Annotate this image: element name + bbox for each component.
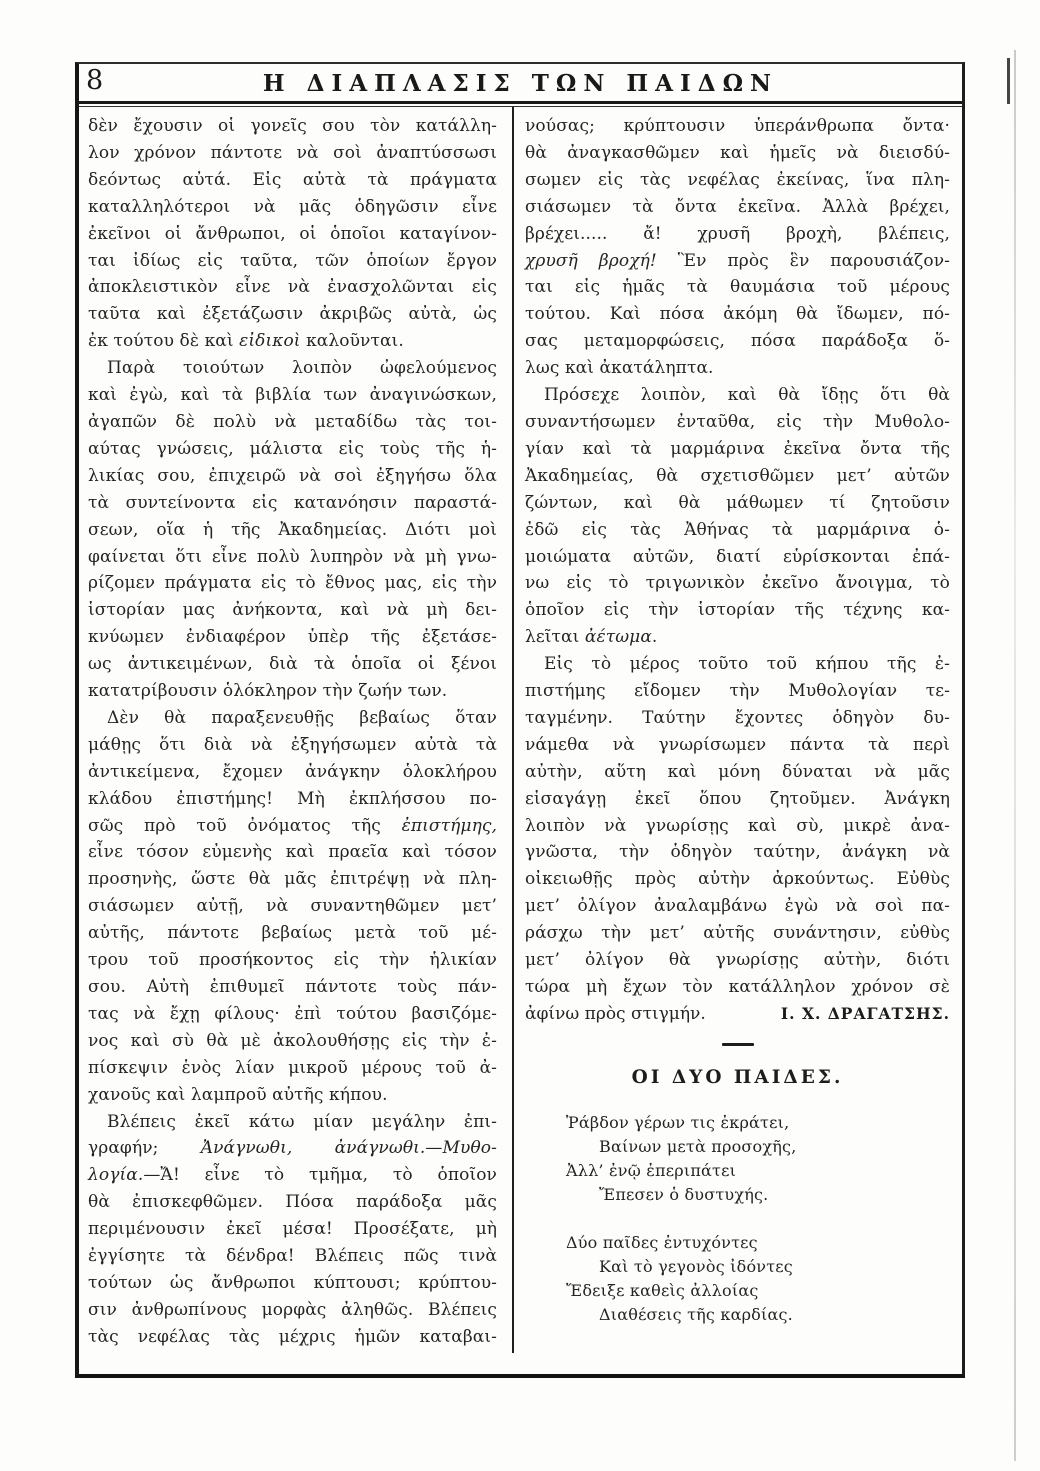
text-line: σιν ἀνθρωπίνους μορφὰς ἀληθῶς. Βλέπεις: [88, 1297, 497, 1324]
text-line: ἐγγίσητε τὰ δένδρα! Βλέπεις πῶς τινὰ: [88, 1243, 497, 1270]
closing-line: ἀφίνω πρὸς στιγμήν. Ι. Χ. ΔΡΑΓΑΤΣΗΣ.: [525, 1001, 950, 1028]
scan-edge-artifact: [1007, 58, 1010, 104]
text-line: ζώντων, καὶ θὰ μάθωμεν τί ζητοῦσιν: [525, 490, 950, 517]
text-line: λικίας σου, ἐπιχειρῶ νὰ σοὶ ἐξηγήσω ὅλα: [88, 463, 497, 490]
page-frame: 8 Η ΔΙΑΠΛΑΣΙΣ ΤΩΝ ΠΑΙΔΩΝ δὲν ἔχουσιν οἱ …: [75, 62, 965, 1378]
text-line: φαίνεται ὅτι εἶνε πολὺ λυπηρὸν νὰ μὴ γνω…: [88, 544, 497, 571]
text-line: ἐδῶ εἰς τὰς Ἀθήνας τὰ μαρμάρινα ὁ-: [525, 517, 950, 544]
text-line: λως καὶ ἀκατάληπτα.: [525, 355, 950, 382]
text-line: λον χρόνον πάντοτε νὰ σοὶ ἀναπτύσσωσι: [88, 140, 497, 167]
text-line: ἀποκλειστικὸν εἶνε νὰ ἐνασχολῶνται εἰς: [88, 274, 497, 301]
text-line: λοιπὸν νὰ γνωρίσῃς καὶ σὺ, μικρὲ ἀνα-: [525, 813, 950, 840]
poem-title: ΟΙ ΔΥΟ ΠΑΙΔΕΣ.: [525, 1067, 950, 1088]
text-line: νος καὶ σὺ θὰ μὲ ἀκολουθήσῃς εἰς τὴν ἐ-: [88, 1028, 497, 1055]
poem-stanza: Δύο παῖδες ἐντυχόντεςΚαὶ τὸ γεγονὸς ἰδόν…: [525, 1231, 950, 1328]
text-line: σεων, οἵα ἡ τῆς Ἀκαδημείας. Διότι μοὶ: [88, 517, 497, 544]
text-line: αύτας γνώσεις, μάλιστα εἰς τοὺς τῆς ἡ-: [88, 436, 497, 463]
text-line: νούσας; κρύπτουσιν ὑπεράνθρωπα ὄντα·: [525, 113, 950, 140]
text-line: δεόντως αὐτά. Εἰς αὐτὰ τὰ πράγματα: [88, 167, 497, 194]
right-column: νούσας; κρύπτουσιν ὑπεράνθρωπα ὄντα·θὰ ἀ…: [512, 113, 960, 1327]
text-line: δὲν ἔχουσιν οἱ γονεῖς σου τὸν κατάλλη-: [88, 113, 497, 140]
text-line: καταλληλότεροι νὰ μᾶς ὁδηγῶσιν εἶνε: [88, 194, 497, 221]
text-line: σας μεταμορφώσεις, πόσα παράδοξα ὅ-: [525, 328, 950, 355]
poem-stanzas: Ῥάβδον γέρων τις ἐκράτει,Βαίνων μετὰ προ…: [525, 1111, 950, 1328]
closing-text: ἀφίνω πρὸς στιγμήν.: [525, 1001, 706, 1028]
article-signature: Ι. Χ. ΔΡΑΓΑΤΣΗΣ.: [781, 1001, 950, 1028]
text-columns: δὲν ἔχουσιν οἱ γονεῖς σου τὸν κατάλλη-λο…: [79, 107, 962, 1351]
text-line: λογία.—Ἄ! εἶνε τὸ τμῆμα, τὸ ὁποῖον: [88, 1162, 497, 1189]
text-line: Εἰς τὸ μέρος τοῦτο τοῦ κήπου τῆς ἐ-: [525, 651, 950, 678]
text-line: σιάσωμεν αὐτῇ, νὰ συναντηθῶμεν μετ’: [88, 893, 497, 920]
text-line: ὁποῖον εἰς τὴν ἱστορίαν τῆς τέχνης κα-: [525, 597, 950, 624]
left-column: δὲν ἔχουσιν οἱ γονεῖς σου τὸν κατάλλη-λο…: [79, 113, 512, 1351]
section-divider-dash: [722, 1043, 754, 1046]
poem-section: ΟΙ ΔΥΟ ΠΑΙΔΕΣ. Ῥάβδον γέρων τις ἐκράτει,…: [525, 1067, 950, 1328]
text-line: βρέχει..... ἄ! χρυσῆ βροχὴ, βλέπεις,: [525, 221, 950, 248]
text-line: Βλέπεις ἐκεῖ κάτω μίαν μεγάλην ἐπι-: [88, 1109, 497, 1136]
text-line: αὐτὴν, αὕτη καὶ μόνη δύναται νὰ μᾶς: [525, 759, 950, 786]
paragraph: νούσας; κρύπτουσιν ὑπεράνθρωπα ὄντα·θὰ ἀ…: [525, 113, 950, 382]
text-line: κλάδου ἐπιστήμης! Μὴ ἐκπλήσσου πο-: [88, 786, 497, 813]
text-line: ται εἰς ἡμᾶς τὰ θαυμάσια τοῦ μέρους: [525, 274, 950, 301]
paragraph: Πρόσεχε λοιπὸν, καὶ θὰ ἴδῃς ὅτι θὰσυναντ…: [525, 382, 950, 651]
text-line: ἱστορίαν μας ἀνήκοντα, καὶ νὰ μὴ δει-: [88, 597, 497, 624]
column-divider: [512, 107, 514, 1353]
text-line: πιστήμης εἴδομεν τὴν Μυθολογίαν τε-: [525, 678, 950, 705]
text-line: οἰκειωθῇς πρὸς αὐτὴν ἀρκούντως. Εὐθὺς: [525, 866, 950, 893]
text-line: Πρόσεχε λοιπὸν, καὶ θὰ ἴδῃς ὅτι θὰ: [525, 382, 950, 409]
poem-line: Ἀλλ’ ἐνῷ ἐπεριπάτει: [525, 1159, 950, 1183]
paragraph: Εἰς τὸ μέρος τοῦτο τοῦ κήπου τῆς ἐ-πιστή…: [525, 651, 950, 1001]
text-line: ἐκ τούτου δὲ καὶ εἰδικοὶ καλοῦνται.: [88, 328, 497, 355]
text-line: μοιώματα αὐτῶν, διατί εὑρίσκονται ἐπά-: [525, 544, 950, 571]
text-line: Δὲν θὰ παραξενευθῇς βεβαίως ὅταν: [88, 705, 497, 732]
poem-line: Ἔδειξε καθεὶς ἀλλοίας: [525, 1279, 950, 1303]
paragraph: Δὲν θὰ παραξενευθῇς βεβαίως ὅτανμάθῃς ὅτ…: [88, 705, 497, 1109]
text-line: ρίζομεν πράγματα εἰς τὸ ἔθνος μας, εἰς τ…: [88, 570, 497, 597]
text-line: ἐκεῖνοι οἱ ἄνθρωποι, οἱ ὁποῖοι καταγίνον…: [88, 221, 497, 248]
text-line: μετ’ ὀλίγον ἀναλαμβάνω ἐγὼ νὰ σοὶ πα-: [525, 893, 950, 920]
text-line: Ἀκαδημείας, θὰ σχετισθῶμεν μετ’ αὐτῶν: [525, 463, 950, 490]
text-line: ταῦτα καὶ ἐξετάζωσιν ἀκριβῶς αὐτὰ, ὡς: [88, 301, 497, 328]
text-line: θὰ ἀναγκασθῶμεν καὶ ἡμεῖς νὰ διεισδύ-: [525, 140, 950, 167]
text-line: σῶς πρὸ τοῦ ὀνόματος τῆς ἐπιστήμης,: [88, 813, 497, 840]
text-line: σωμεν εἰς τὰς νεφέλας ἐκείνας, ἵνα πλη-: [525, 167, 950, 194]
text-line: ἀντικείμενα, ἔχομεν ἀνάγκην ὁλοκλήρου: [88, 759, 497, 786]
text-line: εἶνε τόσον εὐμενὴς καὶ πραεῖα καὶ τόσον: [88, 839, 497, 866]
text-line: τρου τοῦ προσήκοντος εἰς τὴν ἡλικίαν: [88, 947, 497, 974]
poem-line: Διαθέσεις τῆς καρδίας.: [525, 1303, 950, 1327]
text-line: πίσκεψιν ἑνὸς λίαν μικροῦ μέρους τοῦ ἀ-: [88, 1055, 497, 1082]
text-line: αὐτῆς, πάντοτε βεβαίως μετὰ τοῦ μέ-: [88, 920, 497, 947]
text-line: κατατρίβουσιν ὁλόκληρον τὴν ζωήν των.: [88, 678, 497, 705]
article-continuation: νούσας; κρύπτουσιν ὑπεράνθρωπα ὄντα·θὰ ἀ…: [525, 113, 950, 1001]
paragraph: δὲν ἔχουσιν οἱ γονεῖς σου τὸν κατάλλη-λο…: [88, 113, 497, 355]
text-line: θὰ ἐπισκεφθῶμεν. Πόσα παράδοξα μᾶς: [88, 1189, 497, 1216]
text-line: Παρὰ τοιούτων λοιπὸν ὠφελούμενος: [88, 355, 497, 382]
text-line: γνῶστα, τὴν ὁδηγὸν ταύτην, ἀνάγκη νὰ: [525, 839, 950, 866]
text-line: χρυσῆ βροχή! Ἓν πρὸς ἓν παρουσιάζον-: [525, 248, 950, 275]
text-line: νω εἰς τὸ τριγωνικὸν ἐκεῖνο ἄνοιγμα, τὸ: [525, 570, 950, 597]
text-line: ταγμένην. Ταύτην ἔχοντες ὁδηγὸν δυ-: [525, 705, 950, 732]
text-line: τας νὰ ἔχῃ φίλους· ἐπὶ τούτου βασιζόμε-: [88, 1001, 497, 1028]
text-line: νάμεθα νὰ γνωρίσωμεν πάντα τὰ περὶ: [525, 732, 950, 759]
text-line: ἀγαπῶν δὲ πολὺ νὰ μεταδίδω τὰς τοι-: [88, 409, 497, 436]
text-line: συναντήσωμεν ἐνταῦθα, εἰς τὴν Μυθολο-: [525, 409, 950, 436]
text-line: τώρα μὴ ἔχων τὸν κατάλληλον χρόνον σὲ: [525, 974, 950, 1001]
text-line: γίαν καὶ τὰ μαρμάρινα ἐκεῖνα ὄντα τῆς: [525, 436, 950, 463]
poem-line: Καὶ τὸ γεγονὸς ἰδόντες: [525, 1255, 950, 1279]
text-line: εἰσαγάγῃ ἐκεῖ ὅπου ζητοῦμεν. Ἀνάγκη: [525, 786, 950, 813]
text-line: καὶ ἐγὼ, καὶ τὰ βιβλία των ἀναγινώσκων,: [88, 382, 497, 409]
text-line: τὰς νεφέλας τὰς μέχρις ἡμῶν καταβαι-: [88, 1324, 497, 1351]
text-line: ως ἀντικειμένων, διὰ τὰ ὁποῖα οἱ ξένοι: [88, 651, 497, 678]
text-line: τὰ συντείνοντα εἰς κατανόησιν παραστά-: [88, 490, 497, 517]
text-line: ράσχω τὴν μετ’ αὐτῆς συνάντησιν, εὐθὺς: [525, 920, 950, 947]
scanned-page: 8 Η ΔΙΑΠΛΑΣΙΣ ΤΩΝ ΠΑΙΔΩΝ δὲν ἔχουσιν οἱ …: [0, 0, 1040, 1471]
paragraph: Βλέπεις ἐκεῖ κάτω μίαν μεγάλην ἐπι-γραφή…: [88, 1109, 497, 1351]
poem-stanza: Ῥάβδον γέρων τις ἐκράτει,Βαίνων μετὰ προ…: [525, 1111, 950, 1208]
poem-line: Δύο παῖδες ἐντυχόντες: [525, 1231, 950, 1255]
text-line: τούτων ὡς ἄνθρωποι κύπτουσι; κρύπτου-: [88, 1270, 497, 1297]
text-line: σιάσωμεν τὰ ὄντα ἐκεῖνα. Ἀλλὰ βρέχει,: [525, 194, 950, 221]
text-line: λεῖται ἀέτωμα.: [525, 624, 950, 651]
text-line: χανοῦς καὶ λαμπροῦ αὐτῆς κήπου.: [88, 1082, 497, 1109]
text-line: προσηνὴς, ὥστε θὰ μᾶς ἐπιτρέψῃ νὰ πλη-: [88, 866, 497, 893]
paragraph: Παρὰ τοιούτων λοιπὸν ὠφελούμενοςκαὶ ἐγὼ,…: [88, 355, 497, 705]
poem-line: Ῥάβδον γέρων τις ἐκράτει,: [525, 1111, 950, 1135]
text-line: κνύωμεν ἐνδιαφέρον ὑπὲρ τῆς ἐξετάσε-: [88, 624, 497, 651]
page-header: 8 Η ΔΙΑΠΛΑΣΙΣ ΤΩΝ ΠΑΙΔΩΝ: [79, 64, 962, 101]
text-line: περιμένουσιν ἐκεῖ μέσα! Προσέξατε, μὴ: [88, 1216, 497, 1243]
scan-edge-artifact: [1014, 50, 1016, 1461]
text-line: ται ἰδίως εἰς ταῦτα, τῶν ὁποίων ἔργον: [88, 248, 497, 275]
text-line: τούτου. Καὶ πόσα ἀκόμη θὰ ἴδωμεν, πό-: [525, 301, 950, 328]
poem-line: Ἔπεσεν ὁ δυστυχής.: [525, 1183, 950, 1207]
page-title: Η ΔΙΑΠΛΑΣΙΣ ΤΩΝ ΠΑΙΔΩΝ: [79, 70, 962, 97]
text-line: σου. Αὐτὴ ἐπιθυμεῖ πάντοτε τοὺς πάν-: [88, 974, 497, 1001]
text-line: μετ’ ὀλίγον θὰ γνωρίσῃς αὐτὴν, διότι: [525, 947, 950, 974]
text-line: γραφήν; Ἀνάγνωθι, ἀνάγνωθι.—Μυθο-: [88, 1135, 497, 1162]
text-line: μάθῃς ὅτι διὰ νὰ ἐξηγήσωμεν αὐτὰ τὰ: [88, 732, 497, 759]
poem-line: Βαίνων μετὰ προσοχῆς,: [525, 1135, 950, 1159]
